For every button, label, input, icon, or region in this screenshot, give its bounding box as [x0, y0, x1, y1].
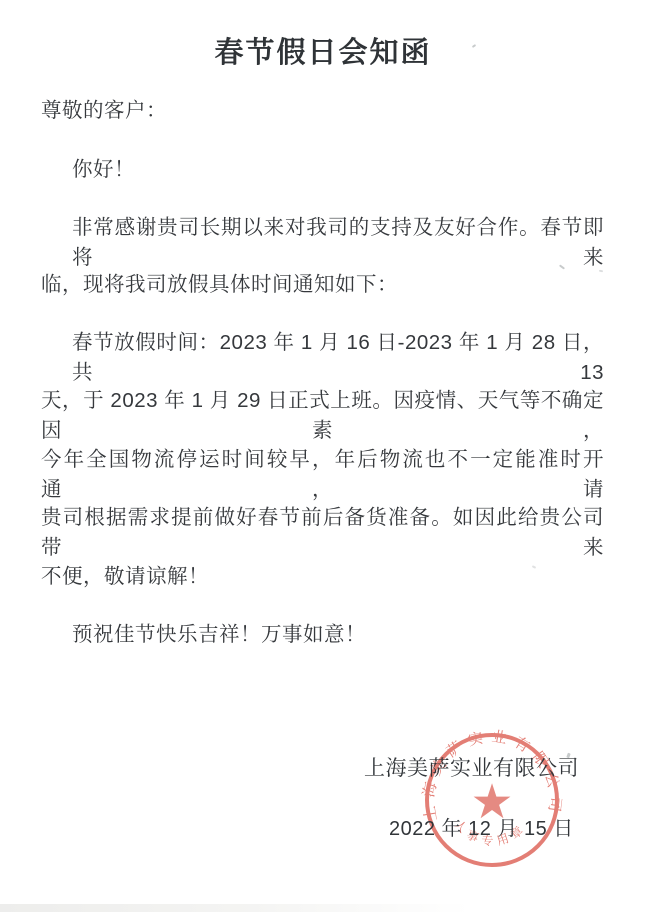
- body-line: 天，于 2023 年 1 月 29 日正式上班。因疫情、天气等不确定因素，: [41, 383, 604, 443]
- scan-edge-smudge: [0, 904, 470, 912]
- body-line: 贵司根据需求提前做好春节前后备货准备。如因此给贵公司带来: [41, 500, 604, 560]
- signature-company: 上海美萨实业有限公司: [364, 752, 579, 782]
- company-seal-stamp: 上海美萨实业有限公司 人事专用章 ★: [420, 728, 564, 872]
- greeting: 你好！: [41, 152, 604, 182]
- closing-wish: 预祝佳节快乐吉祥！万事如意！: [41, 617, 604, 647]
- scan-speck: [599, 270, 603, 273]
- signature-date: 2022 年 12 月 15 日: [389, 812, 574, 841]
- body-line: 不便，敬请谅解！: [41, 559, 604, 589]
- body-line: 春节放假时间：2023 年 1 月 16 日-2023 年 1 月 28 日，共…: [41, 325, 604, 385]
- letter-page: 春节假日会知函 尊敬的客户： 你好！ 非常感谢贵司长期以来对我司的支持及友好合作…: [0, 0, 646, 912]
- body-line: 临，现将我司放假具体时间通知如下：: [41, 267, 604, 297]
- body-line: 非常感谢贵司长期以来对我司的支持及友好合作。春节即将来: [41, 210, 604, 270]
- letter-title: 春节假日会知函: [0, 30, 646, 71]
- salutation: 尊敬的客户：: [41, 93, 604, 123]
- body-line: 今年全国物流停运时间较早，年后物流也不一定能准时开通，请: [41, 442, 604, 502]
